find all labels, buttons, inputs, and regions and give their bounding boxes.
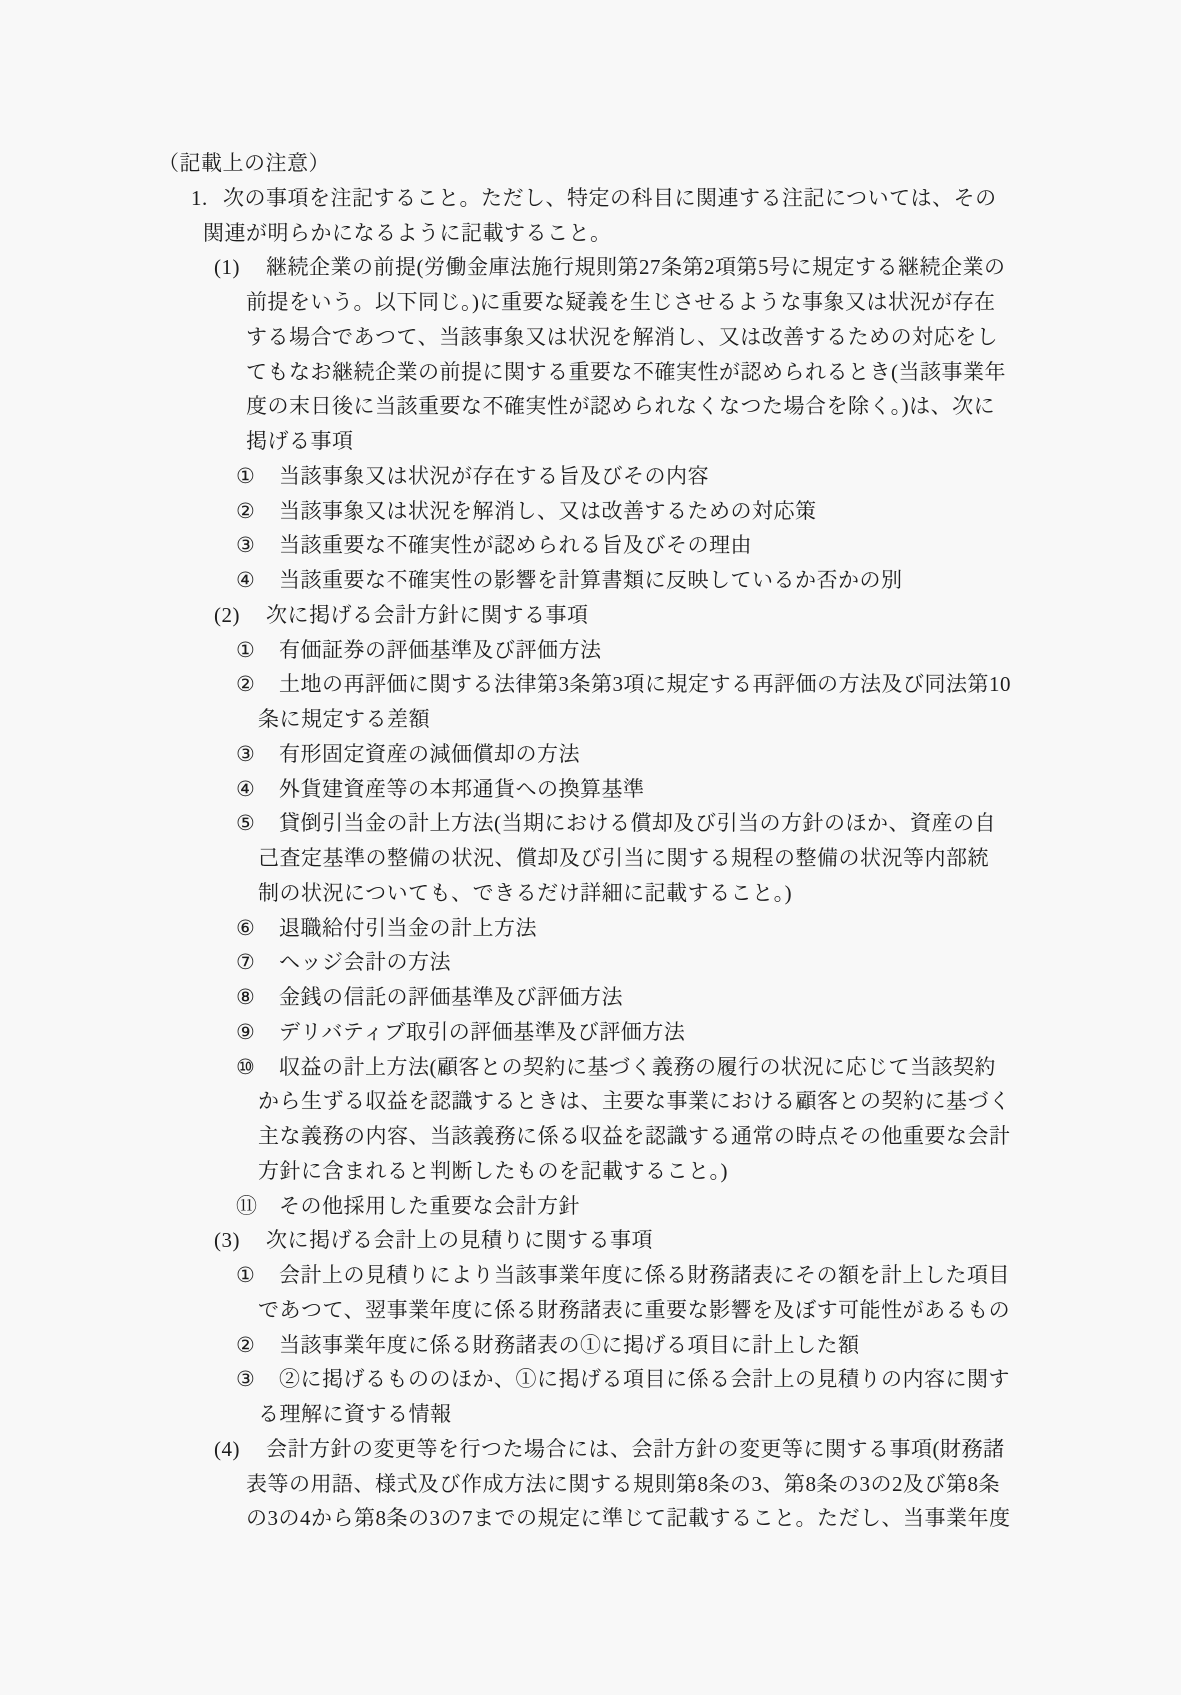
doc-line: 掲げる事項	[246, 424, 1181, 459]
doc-line: (3)次に掲げる会計上の見積りに関する事項	[214, 1223, 1181, 1258]
doc-line: ③当該重要な不確実性が認められる旨及びその理由	[236, 528, 1181, 563]
line-text: 当該重要な不確実性の影響を計算書類に反映しているか否かの別	[279, 568, 903, 592]
doc-line: る理解に資する情報	[258, 1397, 1181, 1432]
line-text: 会計方針の変更等を行つた場合には、会計方針の変更等に関する事項(財務諸	[266, 1437, 1005, 1461]
line-text: 有形固定資産の減価償却の方法	[279, 742, 580, 766]
line-text: 継続企業の前提(労働金庫法施行規則第27条第2項第5号に規定する継続企業の	[266, 255, 1006, 279]
list-marker: ③	[236, 1362, 279, 1397]
doc-line: (2)次に掲げる会計方針に関する事項	[214, 598, 1181, 633]
doc-line: ⑪その他採用した重要な会計方針	[236, 1189, 1181, 1224]
list-marker: 1.	[191, 181, 223, 216]
list-marker: (4)	[214, 1432, 266, 1467]
doc-line: ③有形固定資産の減価償却の方法	[236, 737, 1181, 772]
line-text: であつて、翌事業年度に係る財務諸表に重要な影響を及ぼす可能性があるもの	[258, 1298, 1010, 1322]
list-marker: ⑪	[236, 1189, 279, 1224]
doc-line: (1)継続企業の前提(労働金庫法施行規則第27条第2項第5号に規定する継続企業の	[214, 250, 1181, 285]
line-text: 退職給付引当金の計上方法	[279, 916, 537, 940]
doc-line: ④当該重要な不確実性の影響を計算書類に反映しているか否かの別	[236, 563, 1181, 598]
list-marker: ②	[236, 667, 279, 702]
list-marker: ④	[236, 563, 279, 598]
line-text: の3の4から第8条の3の7までの規定に準じて記載すること。ただし、当事業年度	[246, 1506, 1011, 1530]
list-marker: ⑦	[236, 945, 279, 980]
doc-line: ⑨デリバティブ取引の評価基準及び評価方法	[236, 1015, 1181, 1050]
line-text: 金銭の信託の評価基準及び評価方法	[279, 985, 623, 1009]
doc-line: 1.次の事項を注記すること。ただし、特定の科目に関連する注記については、その	[191, 181, 1181, 216]
doc-line: ②当該事業年度に係る財務諸表の①に掲げる項目に計上した額	[236, 1328, 1181, 1363]
list-marker: ④	[236, 772, 279, 807]
line-text: 己査定基準の整備の状況、償却及び引当に関する規程の整備の状況等内部統	[258, 846, 989, 870]
line-text: する場合であつて、当該事象又は状況を解消し、又は改善するための対応をし	[246, 325, 998, 349]
line-text: 前提をいう。以下同じ。)に重要な疑義を生じさせるような事象又は状況が存在	[246, 290, 996, 314]
doc-line: ⑤貸倒引当金の計上方法(当期における償却及び引当の方針のほか、資産の自	[236, 806, 1181, 841]
doc-heading: （記載上の注意）	[158, 146, 1181, 181]
line-text: 当該事象又は状況が存在する旨及びその内容	[279, 464, 709, 488]
line-text: 度の末日後に当該重要な不確実性が認められなくなつた場合を除く。)は、次に	[246, 394, 995, 418]
line-text: 制の状況についても、できるだけ詳細に記載すること。)	[258, 881, 792, 905]
line-text: 収益の計上方法(顧客との契約に基づく義務の履行の状況に応じて当該契約	[279, 1055, 996, 1079]
doc-line: ⑧金銭の信託の評価基準及び評価方法	[236, 980, 1181, 1015]
doc-line: ⑩収益の計上方法(顧客との契約に基づく義務の履行の状況に応じて当該契約	[236, 1050, 1181, 1085]
list-marker: ②	[236, 1328, 279, 1363]
doc-line: の3の4から第8条の3の7までの規定に準じて記載すること。ただし、当事業年度	[246, 1501, 1181, 1536]
line-text: ②に掲げるもののほか、①に掲げる項目に係る会計上の見積りの内容に関す	[279, 1367, 1010, 1391]
line-text: デリバティブ取引の評価基準及び評価方法	[279, 1020, 685, 1044]
doc-line: 己査定基準の整備の状況、償却及び引当に関する規程の整備の状況等内部統	[258, 841, 1181, 876]
doc-line: 方針に含まれると判断したものを記載すること。)	[258, 1154, 1181, 1189]
line-text: る理解に資する情報	[258, 1402, 452, 1426]
list-marker: ①	[236, 1258, 279, 1293]
doc-line: ③②に掲げるもののほか、①に掲げる項目に係る会計上の見積りの内容に関す	[236, 1362, 1181, 1397]
line-text: 条に規定する差額	[258, 707, 430, 731]
line-text: 貸倒引当金の計上方法(当期における償却及び引当の方針のほか、資産の自	[279, 811, 996, 835]
list-marker: ③	[236, 528, 279, 563]
list-marker: (2)	[214, 598, 266, 633]
doc-line: ⑥退職給付引当金の計上方法	[236, 911, 1181, 946]
doc-line: (4)会計方針の変更等を行つた場合には、会計方針の変更等に関する事項(財務諸	[214, 1432, 1181, 1467]
doc-line: から生ずる収益を認識するときは、主要な事業における顧客との契約に基づく	[258, 1084, 1181, 1119]
list-marker: ⑤	[236, 806, 279, 841]
line-text: その他採用した重要な会計方針	[279, 1194, 580, 1218]
doc-line: ①会計上の見積りにより当該事業年度に係る財務諸表にその額を計上した項目	[236, 1258, 1181, 1293]
doc-line: てもなお継続企業の前提に関する重要な不確実性が認められるとき(当該事業年	[246, 355, 1181, 390]
line-text: 会計上の見積りにより当該事業年度に係る財務諸表にその額を計上した項目	[279, 1263, 1010, 1287]
line-text: 次に掲げる会計方針に関する事項	[266, 603, 589, 627]
doc-line: ②当該事象又は状況を解消し、又は改善するための対応策	[236, 494, 1181, 529]
doc-line: ②土地の再評価に関する法律第3条第3項に規定する再評価の方法及び同法第10	[236, 667, 1181, 702]
doc-line: する場合であつて、当該事象又は状況を解消し、又は改善するための対応をし	[246, 320, 1181, 355]
line-text: （記載上の注意）	[158, 151, 330, 175]
line-text: 方針に含まれると判断したものを記載すること。)	[258, 1159, 728, 1183]
line-text: 次の事項を注記すること。ただし、特定の科目に関連する注記については、その	[223, 186, 997, 210]
doc-line: ①有価証券の評価基準及び評価方法	[236, 633, 1181, 668]
line-text: 掲げる事項	[246, 429, 354, 453]
list-marker: ⑩	[236, 1050, 279, 1085]
doc-line: 度の末日後に当該重要な不確実性が認められなくなつた場合を除く。)は、次に	[246, 389, 1181, 424]
line-text: 次に掲げる会計上の見積りに関する事項	[266, 1228, 653, 1252]
line-text: 外貨建資産等の本邦通貨への換算基準	[279, 777, 645, 801]
doc-line: 表等の用語、様式及び作成方法に関する規則第8条の3、第8条の3の2及び第8条	[246, 1467, 1181, 1502]
list-marker: ⑧	[236, 980, 279, 1015]
line-text: 関連が明らかになるように記載すること。	[203, 221, 612, 245]
doc-line: 条に規定する差額	[258, 702, 1181, 737]
doc-line: であつて、翌事業年度に係る財務諸表に重要な影響を及ぼす可能性があるもの	[258, 1293, 1181, 1328]
line-text: 当該重要な不確実性が認められる旨及びその理由	[279, 533, 752, 557]
line-text: 表等の用語、様式及び作成方法に関する規則第8条の3、第8条の3の2及び第8条	[246, 1472, 1000, 1496]
doc-line: ⑦ヘッジ会計の方法	[236, 945, 1181, 980]
line-text: 主な義務の内容、当該義務に係る収益を認識する通常の時点その他重要な会計	[258, 1124, 1011, 1148]
line-text: 有価証券の評価基準及び評価方法	[279, 638, 602, 662]
list-marker: ①	[236, 459, 279, 494]
doc-line: ④外貨建資産等の本邦通貨への換算基準	[236, 772, 1181, 807]
line-text: ヘッジ会計の方法	[279, 950, 451, 974]
line-text: 当該事業年度に係る財務諸表の①に掲げる項目に計上した額	[279, 1333, 860, 1357]
list-marker: (1)	[214, 250, 266, 285]
doc-line: ①当該事象又は状況が存在する旨及びその内容	[236, 459, 1181, 494]
doc-line: 前提をいう。以下同じ。)に重要な疑義を生じさせるような事象又は状況が存在	[246, 285, 1181, 320]
line-text: てもなお継続企業の前提に関する重要な不確実性が認められるとき(当該事業年	[246, 360, 1006, 384]
list-marker: ①	[236, 633, 279, 668]
line-text: 当該事象又は状況を解消し、又は改善するための対応策	[279, 499, 817, 523]
document-page: （記載上の注意） 1.次の事項を注記すること。ただし、特定の科目に関連する注記に…	[0, 0, 1181, 1695]
doc-line: 主な義務の内容、当該義務に係る収益を認識する通常の時点その他重要な会計	[258, 1119, 1181, 1154]
doc-line: 制の状況についても、できるだけ詳細に記載すること。)	[258, 876, 1181, 911]
list-marker: ⑨	[236, 1015, 279, 1050]
line-text: 土地の再評価に関する法律第3条第3項に規定する再評価の方法及び同法第10	[279, 672, 1011, 696]
list-marker: ②	[236, 494, 279, 529]
line-text: から生ずる収益を認識するときは、主要な事業における顧客との契約に基づく	[258, 1089, 1011, 1113]
list-marker: (3)	[214, 1223, 266, 1258]
document-content: （記載上の注意） 1.次の事項を注記すること。ただし、特定の科目に関連する注記に…	[0, 0, 1181, 1536]
list-marker: ③	[236, 737, 279, 772]
list-marker: ⑥	[236, 911, 279, 946]
doc-line: 関連が明らかになるように記載すること。	[203, 216, 1181, 251]
